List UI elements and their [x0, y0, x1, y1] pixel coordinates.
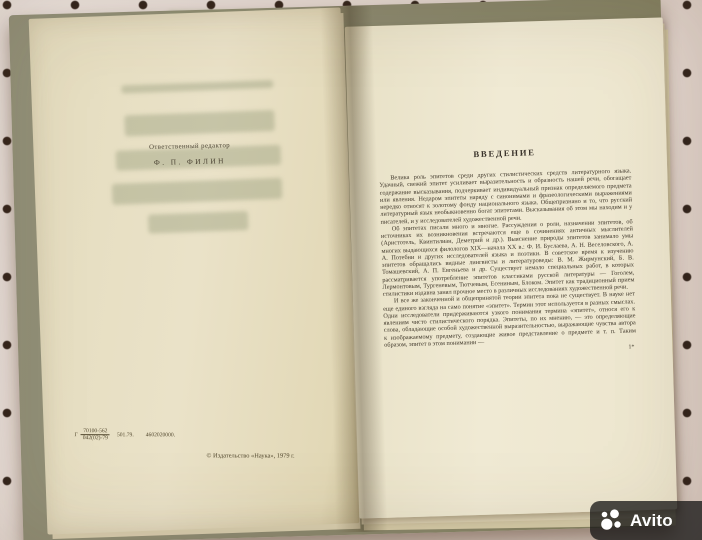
- imprint-index-prefix: Г: [75, 432, 78, 438]
- imprint-index-numerator: 70100-562: [81, 428, 110, 434]
- imprint-catalog-number: 4602020000.: [146, 432, 175, 438]
- imprint-block: Г 70100-562 042(02)-79 501.79. 460202000…: [74, 422, 352, 474]
- ghost-bleedthrough: [148, 211, 249, 234]
- ghost-bleedthrough: [112, 178, 283, 205]
- ghost-bleedthrough: [121, 80, 273, 94]
- avito-watermark: Avito: [590, 501, 702, 540]
- intro-paragraph-2: Об эпитетах писали много и многие. Рассу…: [381, 218, 635, 298]
- avito-logo-icon: [600, 509, 623, 532]
- left-page: Ответственный редактор Ф. П. ФИЛИН Г 701…: [29, 7, 360, 534]
- editor-label: Ответственный редактор: [34, 140, 346, 154]
- imprint-index-denominator: 042(02)-79: [81, 435, 110, 442]
- avito-brand-text: Avito: [630, 511, 673, 531]
- intro-paragraph-3: И все же законченной и общепринятой теор…: [383, 291, 636, 349]
- imprint-index-fraction: 70100-562 042(02)-79: [81, 428, 110, 442]
- right-page: ВВЕДЕНИЕ Велика роль эпитетов среди друг…: [345, 17, 677, 518]
- introduction-text: ВВЕДЕНИЕ Велика роль эпитетов среди друг…: [378, 144, 636, 357]
- editor-name: Ф. П. ФИЛИН: [34, 154, 346, 170]
- imprint-code: 501.79.: [117, 432, 134, 438]
- ghost-bleedthrough: [124, 110, 275, 136]
- editor-block: Ответственный редактор Ф. П. ФИЛИН: [34, 140, 346, 170]
- imprint-codes: Г 70100-562 042(02)-79 501.79. 460202000…: [75, 428, 176, 442]
- intro-paragraph-1: Велика роль эпитетов среди других стилис…: [379, 167, 632, 225]
- copyright-line: © Издательство «Наука», 1979 г.: [206, 452, 294, 459]
- chapter-heading: ВВЕДЕНИЕ: [378, 144, 630, 161]
- book-photo: Ответственный редактор Ф. П. ФИЛИН Г 701…: [0, 0, 702, 540]
